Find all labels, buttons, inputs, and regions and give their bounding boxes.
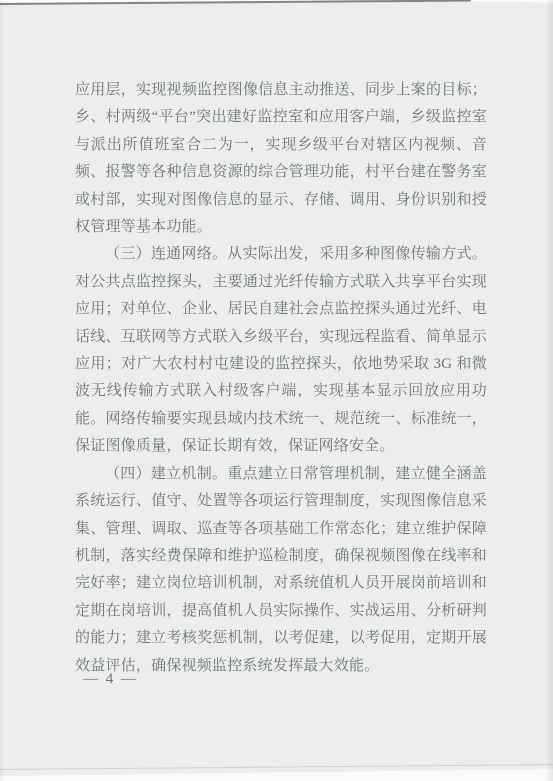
scan-left-shadow: [0, 0, 4, 781]
page-number: — 4 —: [83, 668, 138, 690]
page-bottom-edge: [0, 764, 553, 770]
scanned-page: 应用层，实现视频监控图像信息主动推送、同步上案的目标；乡、村两级“平台”突出建好…: [0, 0, 553, 781]
paragraph: （四）建立机制。重点建立日常管理机制，建立健全涵盖系统运行、值守、处置等各项运行…: [75, 461, 487, 680]
document-body: 应用层，实现视频监控图像信息主动推送、同步上案的目标；乡、村两级“平台”突出建好…: [75, 77, 487, 680]
paragraph: （三）连通网络。从实际出发，采用多种图像传输方式。对公共点监控探头，主要通过光纤…: [75, 241, 487, 460]
paragraph: 应用层，实现视频监控图像信息主动推送、同步上案的目标；乡、村两级“平台”突出建好…: [75, 77, 487, 241]
scan-right-shadow: [546, 0, 553, 781]
